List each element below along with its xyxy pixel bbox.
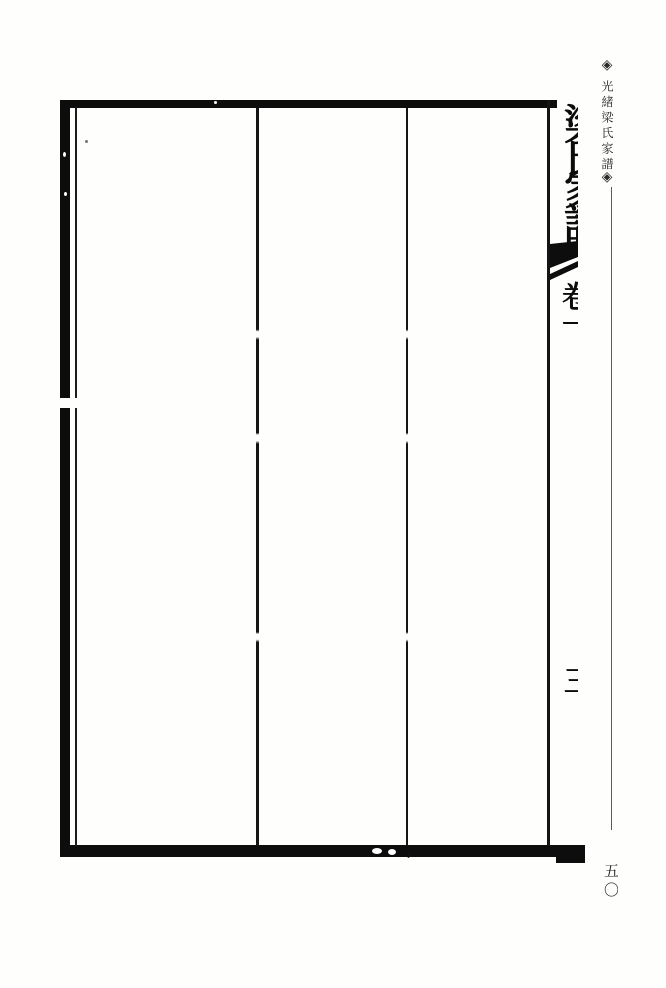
scan-speck xyxy=(85,140,88,143)
frame-border-left xyxy=(60,100,70,857)
scan-speck xyxy=(407,852,410,858)
margin-ornament-bottom-icon: ◈ xyxy=(598,169,616,186)
inner-margin-line xyxy=(75,107,77,846)
spine-leaf-number: 三 xyxy=(553,665,578,699)
margin-ornament-top-icon: ◈ xyxy=(598,57,616,74)
page-number: 五〇 xyxy=(600,858,618,906)
fishtail-ornament-icon xyxy=(550,241,578,283)
scan-speck xyxy=(214,101,217,104)
frame-border-bottom-right xyxy=(556,845,585,863)
column-divider-1 xyxy=(256,108,259,846)
running-title: 光緒梁氏家譜 xyxy=(599,78,615,174)
scanned-book-page: 梁氏家譜 卷一 三 ◈ 光緒梁氏家譜 ◈ 五〇 xyxy=(0,0,666,988)
spine-fold-line xyxy=(547,100,550,846)
spine-book-title: 梁氏家譜 xyxy=(551,103,578,243)
frame-border-top xyxy=(60,100,557,108)
column-divider-2 xyxy=(406,108,408,846)
spine-volume-label: 卷一 xyxy=(551,281,578,345)
scan-notch xyxy=(388,849,396,855)
scan-notch xyxy=(63,152,66,157)
scan-notch xyxy=(64,192,67,196)
margin-rule-line xyxy=(611,187,612,830)
border-scan-gap xyxy=(57,398,79,408)
scan-notch xyxy=(372,848,382,854)
frame-border-bottom xyxy=(60,845,585,857)
